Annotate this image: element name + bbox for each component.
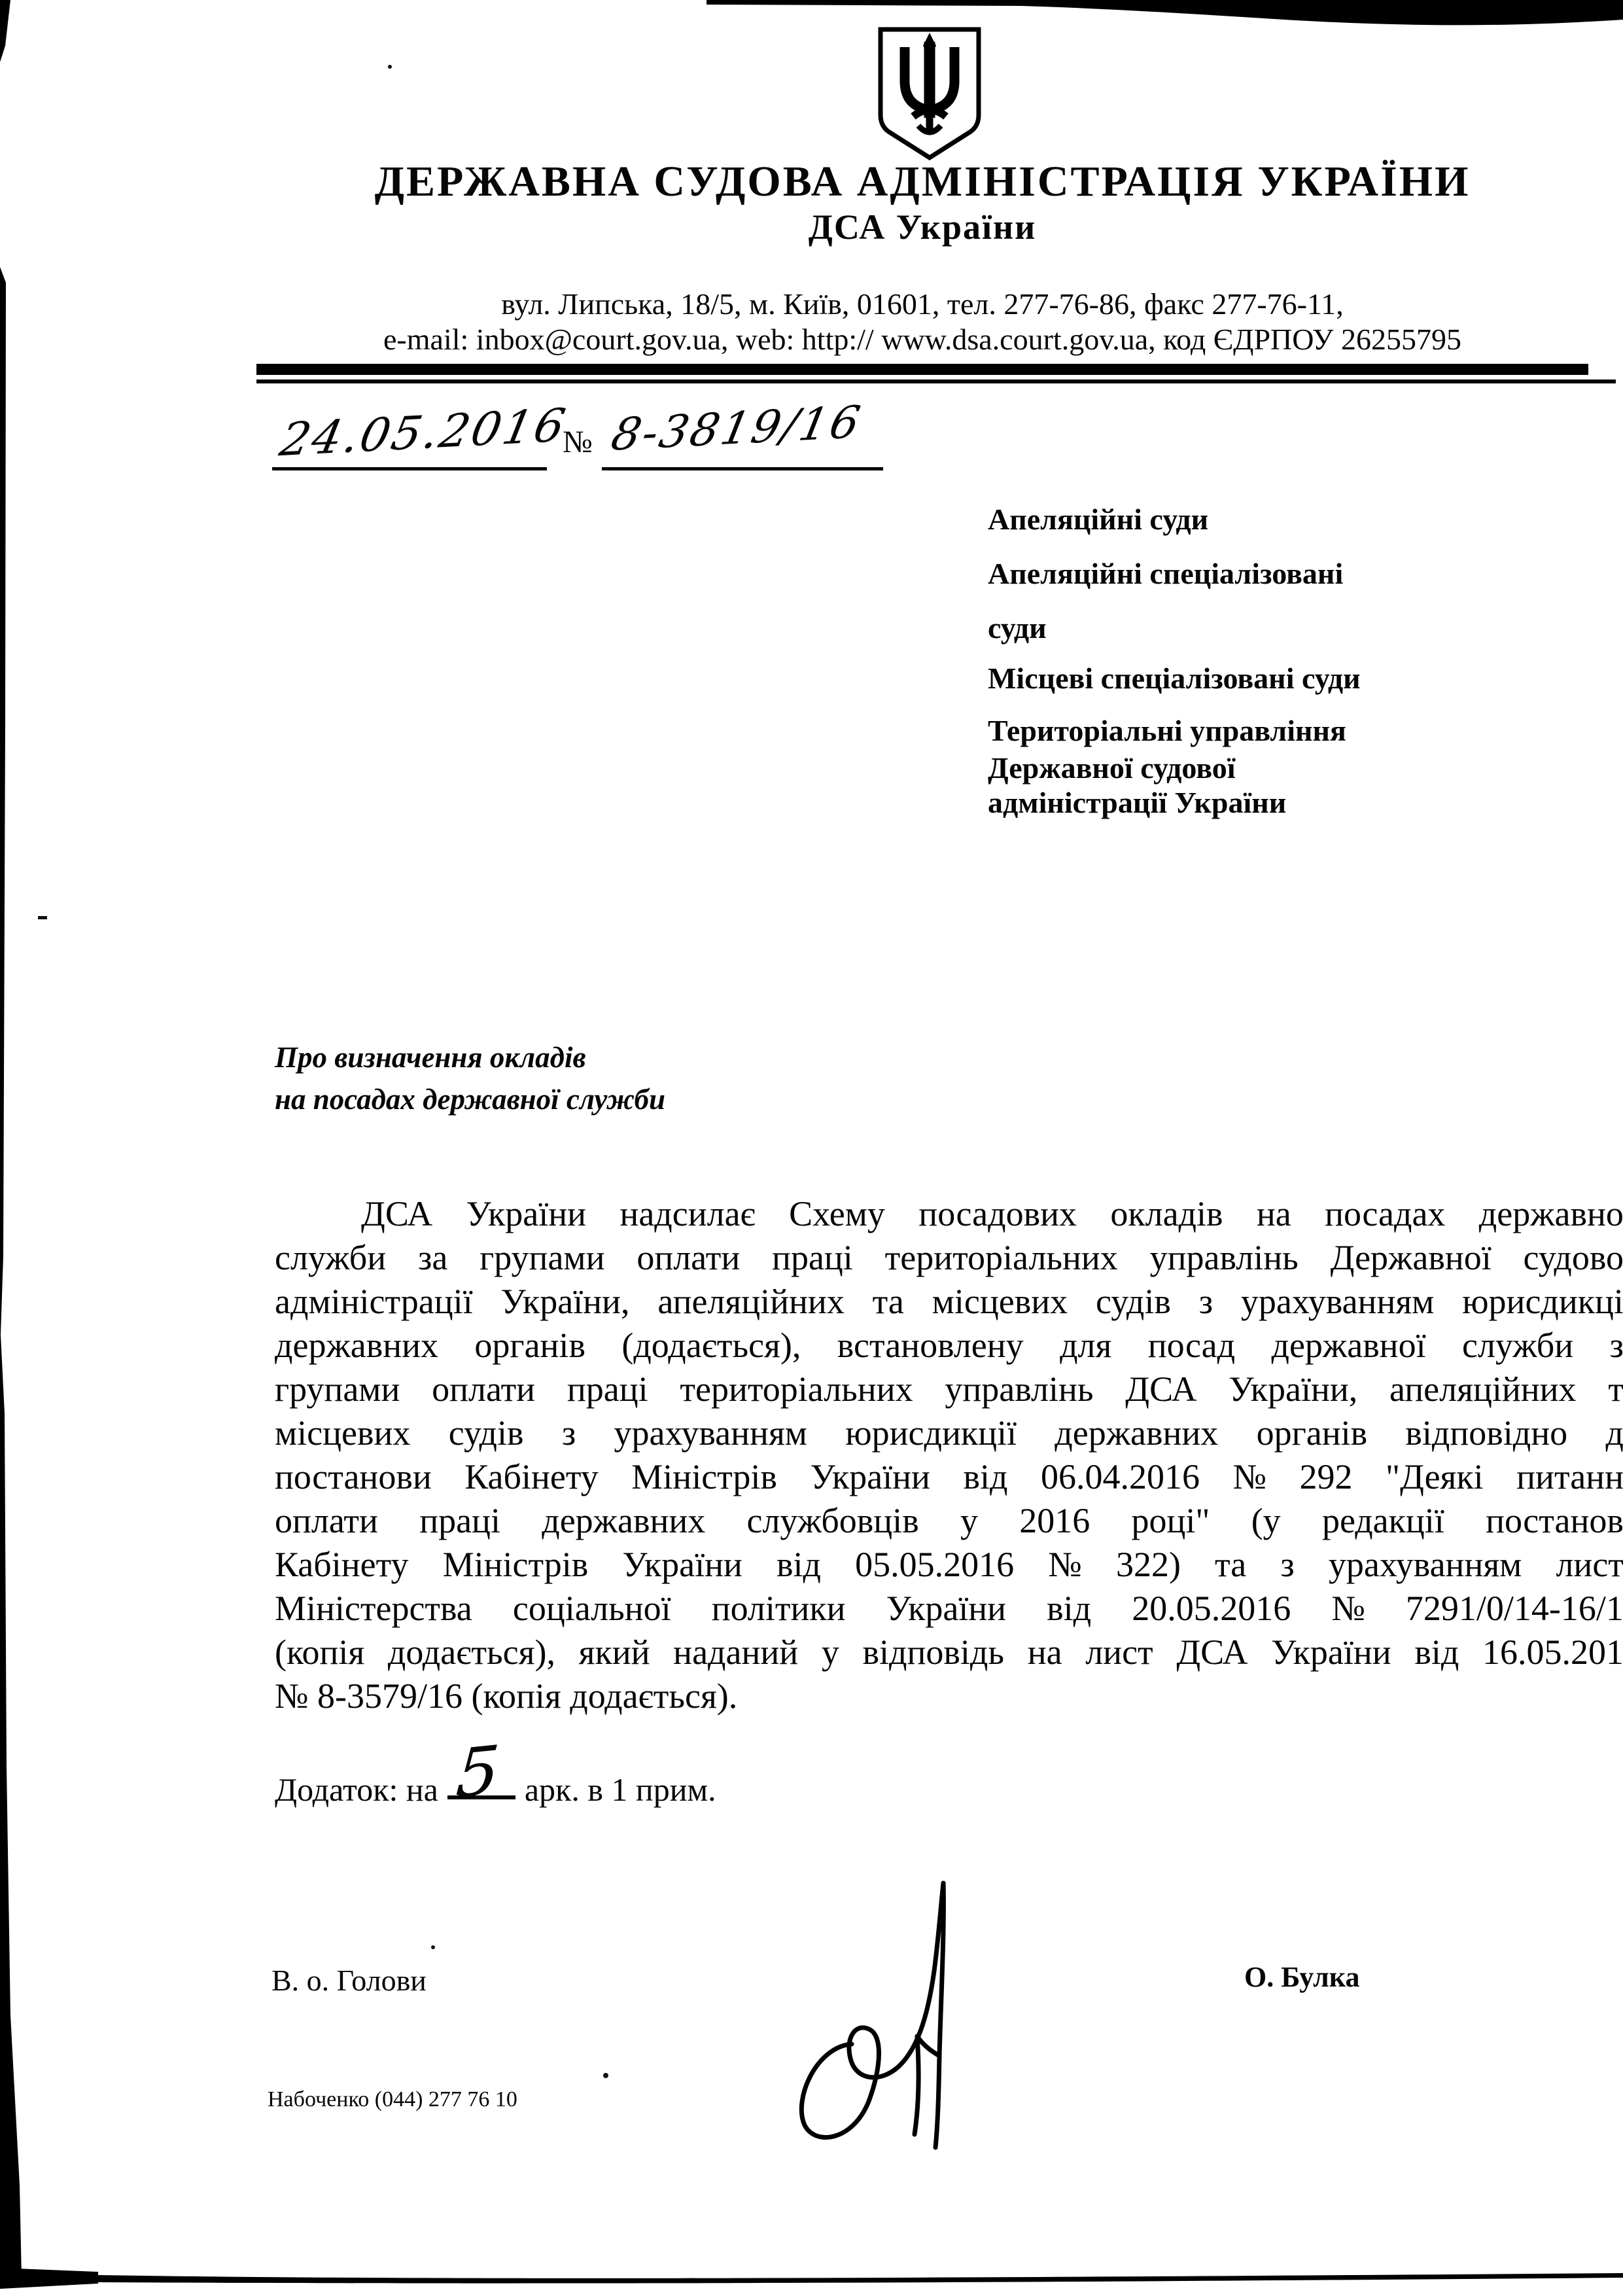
recipient-line: Територіальні управління xyxy=(988,715,1346,747)
body-line: МіністерствасоціальноїполітикиУкраїнивід… xyxy=(275,1587,1623,1631)
handwritten-sheet-count: 5 xyxy=(454,1737,504,1809)
org-name: ДЕРЖАВНА СУДОВА АДМІНІСТРАЦІЯ УКРАЇНИ xyxy=(222,157,1622,207)
recipient-line: Апеляційні суди xyxy=(988,503,1208,536)
date-underline xyxy=(272,467,547,470)
scanned-letter-page: ДЕРЖАВНА СУДОВА АДМІНІСТРАЦІЯ УКРАЇНИ ДС… xyxy=(0,0,1623,2296)
recipient-line: адміністрації України xyxy=(988,786,1286,819)
letterhead-rule-thick xyxy=(256,364,1588,375)
org-address-line2: e-mail: inbox@court.gov.ua, web: http://… xyxy=(222,322,1622,357)
recipient-line: Державної судової xyxy=(988,752,1236,785)
attachment-suffix: арк. в 1 прим. xyxy=(525,1771,716,1809)
attachment-prefix: Додаток: на xyxy=(275,1771,438,1809)
executor-contact: Набоченко (044) 277 76 10 xyxy=(268,2087,517,2112)
subject-line1: Про визначення окладів xyxy=(275,1036,665,1078)
sheet-count-underline: 5 xyxy=(447,1795,515,1799)
number-underline xyxy=(602,467,883,470)
letterhead-rule-thin xyxy=(256,380,1616,383)
subject-block: Про визначення окладів на посадах держав… xyxy=(275,1036,665,1120)
attachment-note: Додаток: на 5 арк. в 1 прим. xyxy=(275,1771,716,1809)
handwritten-signature xyxy=(778,1873,1022,2154)
letter-body: ДСАУкраїнинадсилаєСхемупосадовихокладівн… xyxy=(275,1192,1623,1718)
ukraine-trident-emblem xyxy=(875,26,984,162)
body-line: ДСАУкраїнинадсилаєСхемупосадовихокладівн… xyxy=(275,1192,1623,1236)
org-address-line1: вул. Липська, 18/5, м. Київ, 01601, тел.… xyxy=(222,287,1622,321)
body-line: місцевихсудівзурахуваннямюрисдикціїдержа… xyxy=(275,1411,1623,1455)
handwritten-outgoing-number: 8-3819/16 xyxy=(607,397,866,461)
body-line: державнихорганів(додається),встановленуд… xyxy=(275,1324,1623,1368)
recipient-line: Апеляційні спеціалізовані xyxy=(988,557,1343,590)
body-line: оплатипрацідержавнихслужбовціву2016році"… xyxy=(275,1499,1623,1543)
body-line: постановиКабінетуМіністрівУкраїнивід06.0… xyxy=(275,1455,1623,1499)
org-short-name: ДСА України xyxy=(222,207,1622,247)
body-line: № 8-3579/16 (копія додається). xyxy=(275,1674,1623,1718)
recipient-line: суди xyxy=(988,612,1047,645)
signer-name: О. Булка xyxy=(1244,1960,1360,1994)
number-sign: № xyxy=(563,424,593,460)
signer-position-title: В. о. Голови xyxy=(271,1963,427,1998)
body-line: адміністраціїУкраїни,апеляційнихтамісцев… xyxy=(275,1280,1623,1324)
body-line: службизагрупамиоплатипрацітериторіальних… xyxy=(275,1236,1623,1280)
subject-line2: на посадах державної служби xyxy=(275,1078,665,1120)
handwritten-date: 24.05.2016 xyxy=(275,398,571,467)
body-line: КабінетуМіністрівУкраїнивід05.05.2016№32… xyxy=(275,1543,1623,1587)
recipient-line: Місцеві спеціалізовані суди xyxy=(988,662,1361,695)
body-line: групамиоплатипрацітериторіальнихуправлін… xyxy=(275,1368,1623,1411)
body-line: (копіядодається),якийнаданийувідповідьна… xyxy=(275,1631,1623,1674)
